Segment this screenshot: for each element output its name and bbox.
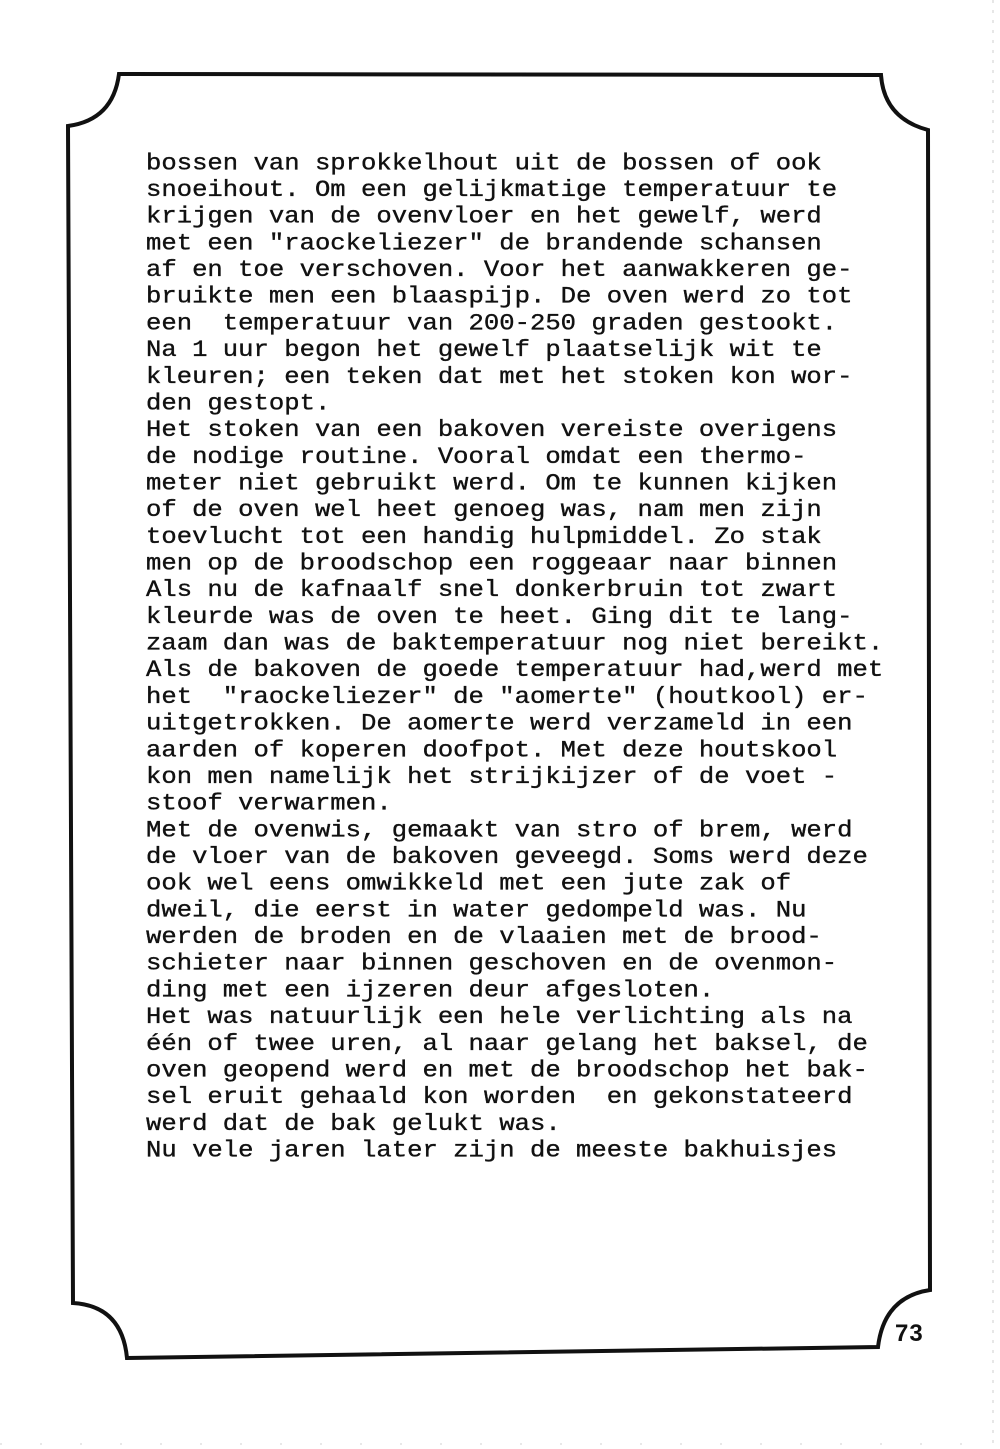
text-line: den gestopt. bbox=[146, 390, 906, 417]
page-number: 73 bbox=[895, 1320, 924, 1348]
text-line: krijgen van de ovenvloer en het gewelf, … bbox=[146, 203, 906, 230]
text-line: het "raockeliezer" de "aomerte" (houtkoo… bbox=[146, 684, 906, 711]
text-line: Met de ovenwis, gemaakt van stro of brem… bbox=[146, 817, 906, 844]
text-line: ook wel eens omwikkeld met een jute zak … bbox=[146, 870, 906, 897]
text-line: kleurde was de oven te heet. Ging dit te… bbox=[146, 604, 906, 631]
text-line: Nu vele jaren later zijn de meeste bakhu… bbox=[146, 1137, 906, 1164]
text-line: sel eruit gehaald kon worden en gekonsta… bbox=[146, 1084, 906, 1111]
text-line: een temperatuur van 200-250 graden gesto… bbox=[146, 310, 906, 337]
text-line: of de oven wel heet genoeg was, nam men … bbox=[146, 497, 906, 524]
text-line: bossen van sprokkelhout uit de bossen of… bbox=[146, 150, 906, 177]
text-line: Na 1 uur begon het gewelf plaatselijk wi… bbox=[146, 337, 906, 364]
typewritten-body-text: bossen van sprokkelhout uit de bossen of… bbox=[146, 150, 906, 1164]
scan-artifact-horizontal bbox=[0, 1443, 990, 1445]
text-line: werden de broden en de vlaaien met de br… bbox=[146, 924, 906, 951]
text-line: men op de broodschop een roggeaar naar b… bbox=[146, 550, 906, 577]
text-line: snoeihout. Om een gelijkmatige temperatu… bbox=[146, 177, 906, 204]
text-line: kleuren; een teken dat met het stoken ko… bbox=[146, 363, 906, 390]
text-line: toevlucht tot een handig hulpmiddel. Zo … bbox=[146, 524, 906, 551]
text-line: zaam dan was de baktemperatuur nog niet … bbox=[146, 630, 906, 657]
text-line: aarden of koperen doofpot. Met deze hout… bbox=[146, 737, 906, 764]
text-line: uitgetrokken. De aomerte werd verzameld … bbox=[146, 710, 906, 737]
text-line: stoof verwarmen. bbox=[146, 790, 906, 817]
text-line: werd dat de bak gelukt was. bbox=[146, 1110, 906, 1137]
text-line: Als nu de kafnaalf snel donkerbruin tot … bbox=[146, 577, 906, 604]
text-line: oven geopend werd en met de broodschop h… bbox=[146, 1057, 906, 1084]
text-line: schieter naar binnen geschoven en de ove… bbox=[146, 950, 906, 977]
text-line: de vloer van de bakoven geveegd. Soms we… bbox=[146, 844, 906, 871]
text-line: met een "raockeliezer" de brandende scha… bbox=[146, 230, 906, 257]
text-line: één of twee uren, al naar gelang het bak… bbox=[146, 1030, 906, 1057]
scan-artifact-vertical bbox=[992, 0, 994, 1449]
text-line: ding met een ijzeren deur afgesloten. bbox=[146, 977, 906, 1004]
text-line: Het was natuurlijk een hele verlichting … bbox=[146, 1004, 906, 1031]
text-line: de nodige routine. Vooral omdat een ther… bbox=[146, 443, 906, 470]
text-line: Als de bakoven de goede temperatuur had,… bbox=[146, 657, 906, 684]
text-line: dweil, die eerst in water gedompeld was.… bbox=[146, 897, 906, 924]
text-line: kon men namelijk het strijkijzer of de v… bbox=[146, 764, 906, 791]
text-line: af en toe verschoven. Voor het aanwakker… bbox=[146, 257, 906, 284]
text-line: bruikte men een blaaspijp. De oven werd … bbox=[146, 283, 906, 310]
text-line: Het stoken van een bakoven vereiste over… bbox=[146, 417, 906, 444]
text-line: meter niet gebruikt werd. Om te kunnen k… bbox=[146, 470, 906, 497]
